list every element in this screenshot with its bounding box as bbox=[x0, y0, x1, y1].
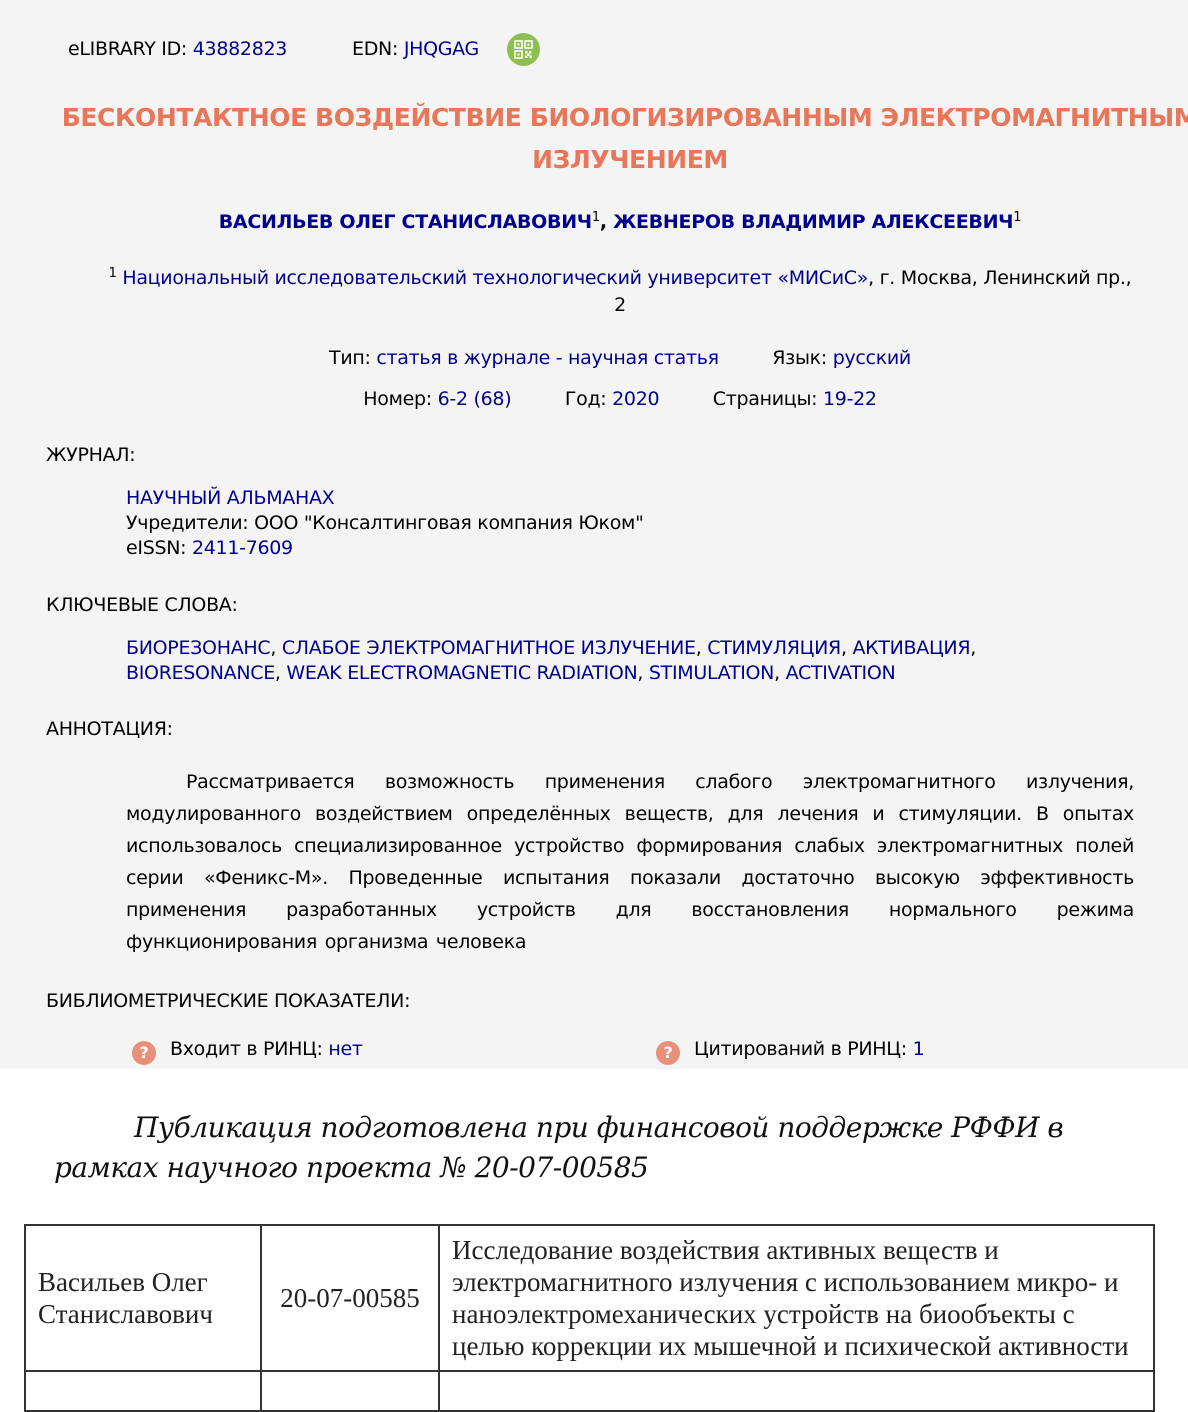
table-row: Васильев Олег Станиславович 20-07-00585 … bbox=[25, 1225, 1154, 1371]
keyword-link[interactable]: АКТИВАЦИЯ bbox=[852, 637, 970, 659]
citations-value[interactable]: 1 bbox=[913, 1038, 925, 1060]
author-separator: , bbox=[600, 211, 613, 233]
keyword-link[interactable]: СТИМУЛЯЦИЯ bbox=[707, 637, 841, 659]
keyword-link[interactable]: БИОРЕЗОНАНС bbox=[126, 637, 270, 659]
issue-value[interactable]: 6-2 (68) bbox=[438, 388, 512, 410]
article-title: БЕСКОНТАКТНОЕ ВОЗДЕЙСТВИЕ БИОЛОГИЗИРОВАН… bbox=[0, 97, 1188, 181]
keyword-link[interactable]: BIORESONANCE bbox=[126, 662, 275, 684]
eissn-label: eISSN: bbox=[126, 537, 186, 559]
elibrary-id-value[interactable]: 43882823 bbox=[193, 38, 287, 60]
abstract-text: Рассматривается возможность применения с… bbox=[126, 766, 1134, 958]
keyword-separator: , bbox=[275, 662, 286, 684]
author-affiliation-sup: 1 bbox=[1013, 210, 1021, 225]
author-affiliation-sup: 1 bbox=[592, 210, 600, 225]
in-rinc-value[interactable]: нет bbox=[328, 1038, 362, 1060]
journal-heading: ЖУРНАЛ: bbox=[46, 444, 135, 466]
keyword-link[interactable]: WEAK ELECTROMAGNETIC RADIATION bbox=[286, 662, 637, 684]
year-value[interactable]: 2020 bbox=[612, 388, 659, 410]
pages-label: Страницы: bbox=[713, 388, 817, 410]
keywords-list: БИОРЕЗОНАНС, СЛАБОЕ ЭЛЕКТРОМАГНИТНОЕ ИЗЛ… bbox=[126, 636, 976, 686]
keyword-separator: , bbox=[970, 637, 976, 659]
grant-project-title: Исследование воздействия активных вещест… bbox=[439, 1225, 1154, 1371]
keyword-link[interactable]: STIMULATION bbox=[649, 662, 774, 684]
grant-person: Васильев Олег Станиславович bbox=[25, 1225, 261, 1371]
keyword-separator: , bbox=[270, 637, 281, 659]
keyword-link[interactable]: СЛАБОЕ ЭЛЕКТРОМАГНИТНОЕ ИЗЛУЧЕНИЕ bbox=[282, 637, 696, 659]
elibrary-id-label: eLIBRARY ID: bbox=[68, 38, 187, 60]
pages-value[interactable]: 19-22 bbox=[823, 388, 877, 410]
funding-note: Публикация подготовлена при финансовой п… bbox=[54, 1108, 1154, 1188]
citations-indicator: ?Цитирований в РИНЦ: 1 bbox=[656, 1038, 924, 1065]
keyword-separator: , bbox=[774, 662, 785, 684]
article-meta-type-language: Тип: статья в журнале - научная статья Я… bbox=[0, 347, 1188, 369]
affiliation-sup: 1 bbox=[109, 266, 117, 281]
article-meta-issue: Номер: 6-2 (68) Год: 2020 Страницы: 19-2… bbox=[0, 388, 1188, 410]
edn-label: EDN: bbox=[352, 38, 398, 60]
grant-project-number: 20-07-00585 bbox=[261, 1225, 439, 1371]
keyword-separator: , bbox=[696, 637, 707, 659]
keyword-link[interactable]: ACTIVATION bbox=[786, 662, 896, 684]
grant-table: Васильев Олег Станиславович 20-07-00585 … bbox=[24, 1224, 1155, 1408]
journal-founders: Учредители: ООО "Консалтинговая компания… bbox=[126, 512, 644, 534]
affiliation-org-link[interactable]: Национальный исследовательский технологи… bbox=[122, 267, 868, 289]
issue-label: Номер: bbox=[363, 388, 432, 410]
citations-label: Цитирований в РИНЦ: bbox=[694, 1038, 907, 1060]
abstract-heading: АННОТАЦИЯ: bbox=[46, 718, 173, 740]
bibliometrics-heading: БИБЛИОМЕТРИЧЕСКИЕ ПОКАЗАТЕЛИ: bbox=[46, 990, 410, 1012]
author-link[interactable]: ЖЕВНЕРОВ ВЛАДИМИР АЛЕКСЕЕВИЧ bbox=[613, 211, 1013, 233]
help-icon[interactable]: ? bbox=[132, 1041, 156, 1065]
language-label: Язык: bbox=[772, 347, 827, 369]
help-icon[interactable]: ? bbox=[656, 1041, 680, 1065]
authors: ВАСИЛЬЕВ ОЛЕГ СТАНИСЛАВОВИЧ1, ЖЕВНЕРОВ В… bbox=[0, 210, 1188, 233]
qr-code-icon bbox=[514, 40, 533, 59]
language-value[interactable]: русский bbox=[833, 347, 911, 369]
keyword-separator: , bbox=[841, 637, 852, 659]
keywords-heading: КЛЮЧЕВЫЕ СЛОВА: bbox=[46, 594, 238, 616]
edn-value[interactable]: JHQGAG bbox=[404, 38, 479, 60]
edn: EDN: JHQGAG bbox=[352, 38, 479, 60]
in-rinc-indicator: ?Входит в РИНЦ: нет bbox=[132, 1038, 363, 1065]
year-label: Год: bbox=[565, 388, 607, 410]
elibrary-id: eLIBRARY ID: 43882823 bbox=[68, 38, 287, 60]
eissn-value[interactable]: 2411-7609 bbox=[192, 537, 293, 559]
journal-info: НАУЧНЫЙ АЛЬМАНАХ Учредители: ООО "Консал… bbox=[126, 486, 644, 561]
type-value[interactable]: статья в журнале - научная статья bbox=[376, 347, 718, 369]
author-link[interactable]: ВАСИЛЬЕВ ОЛЕГ СТАНИСЛАВОВИЧ bbox=[219, 211, 592, 233]
in-rinc-label: Входит в РИНЦ: bbox=[170, 1038, 323, 1060]
table-row bbox=[25, 1371, 1154, 1408]
affiliation: 1 Национальный исследовательский техноло… bbox=[100, 260, 1140, 319]
type-label: Тип: bbox=[329, 347, 371, 369]
keyword-separator: , bbox=[637, 662, 648, 684]
qr-code-button[interactable] bbox=[507, 33, 540, 66]
journal-name-link[interactable]: НАУЧНЫЙ АЛЬМАНАХ bbox=[126, 487, 334, 509]
